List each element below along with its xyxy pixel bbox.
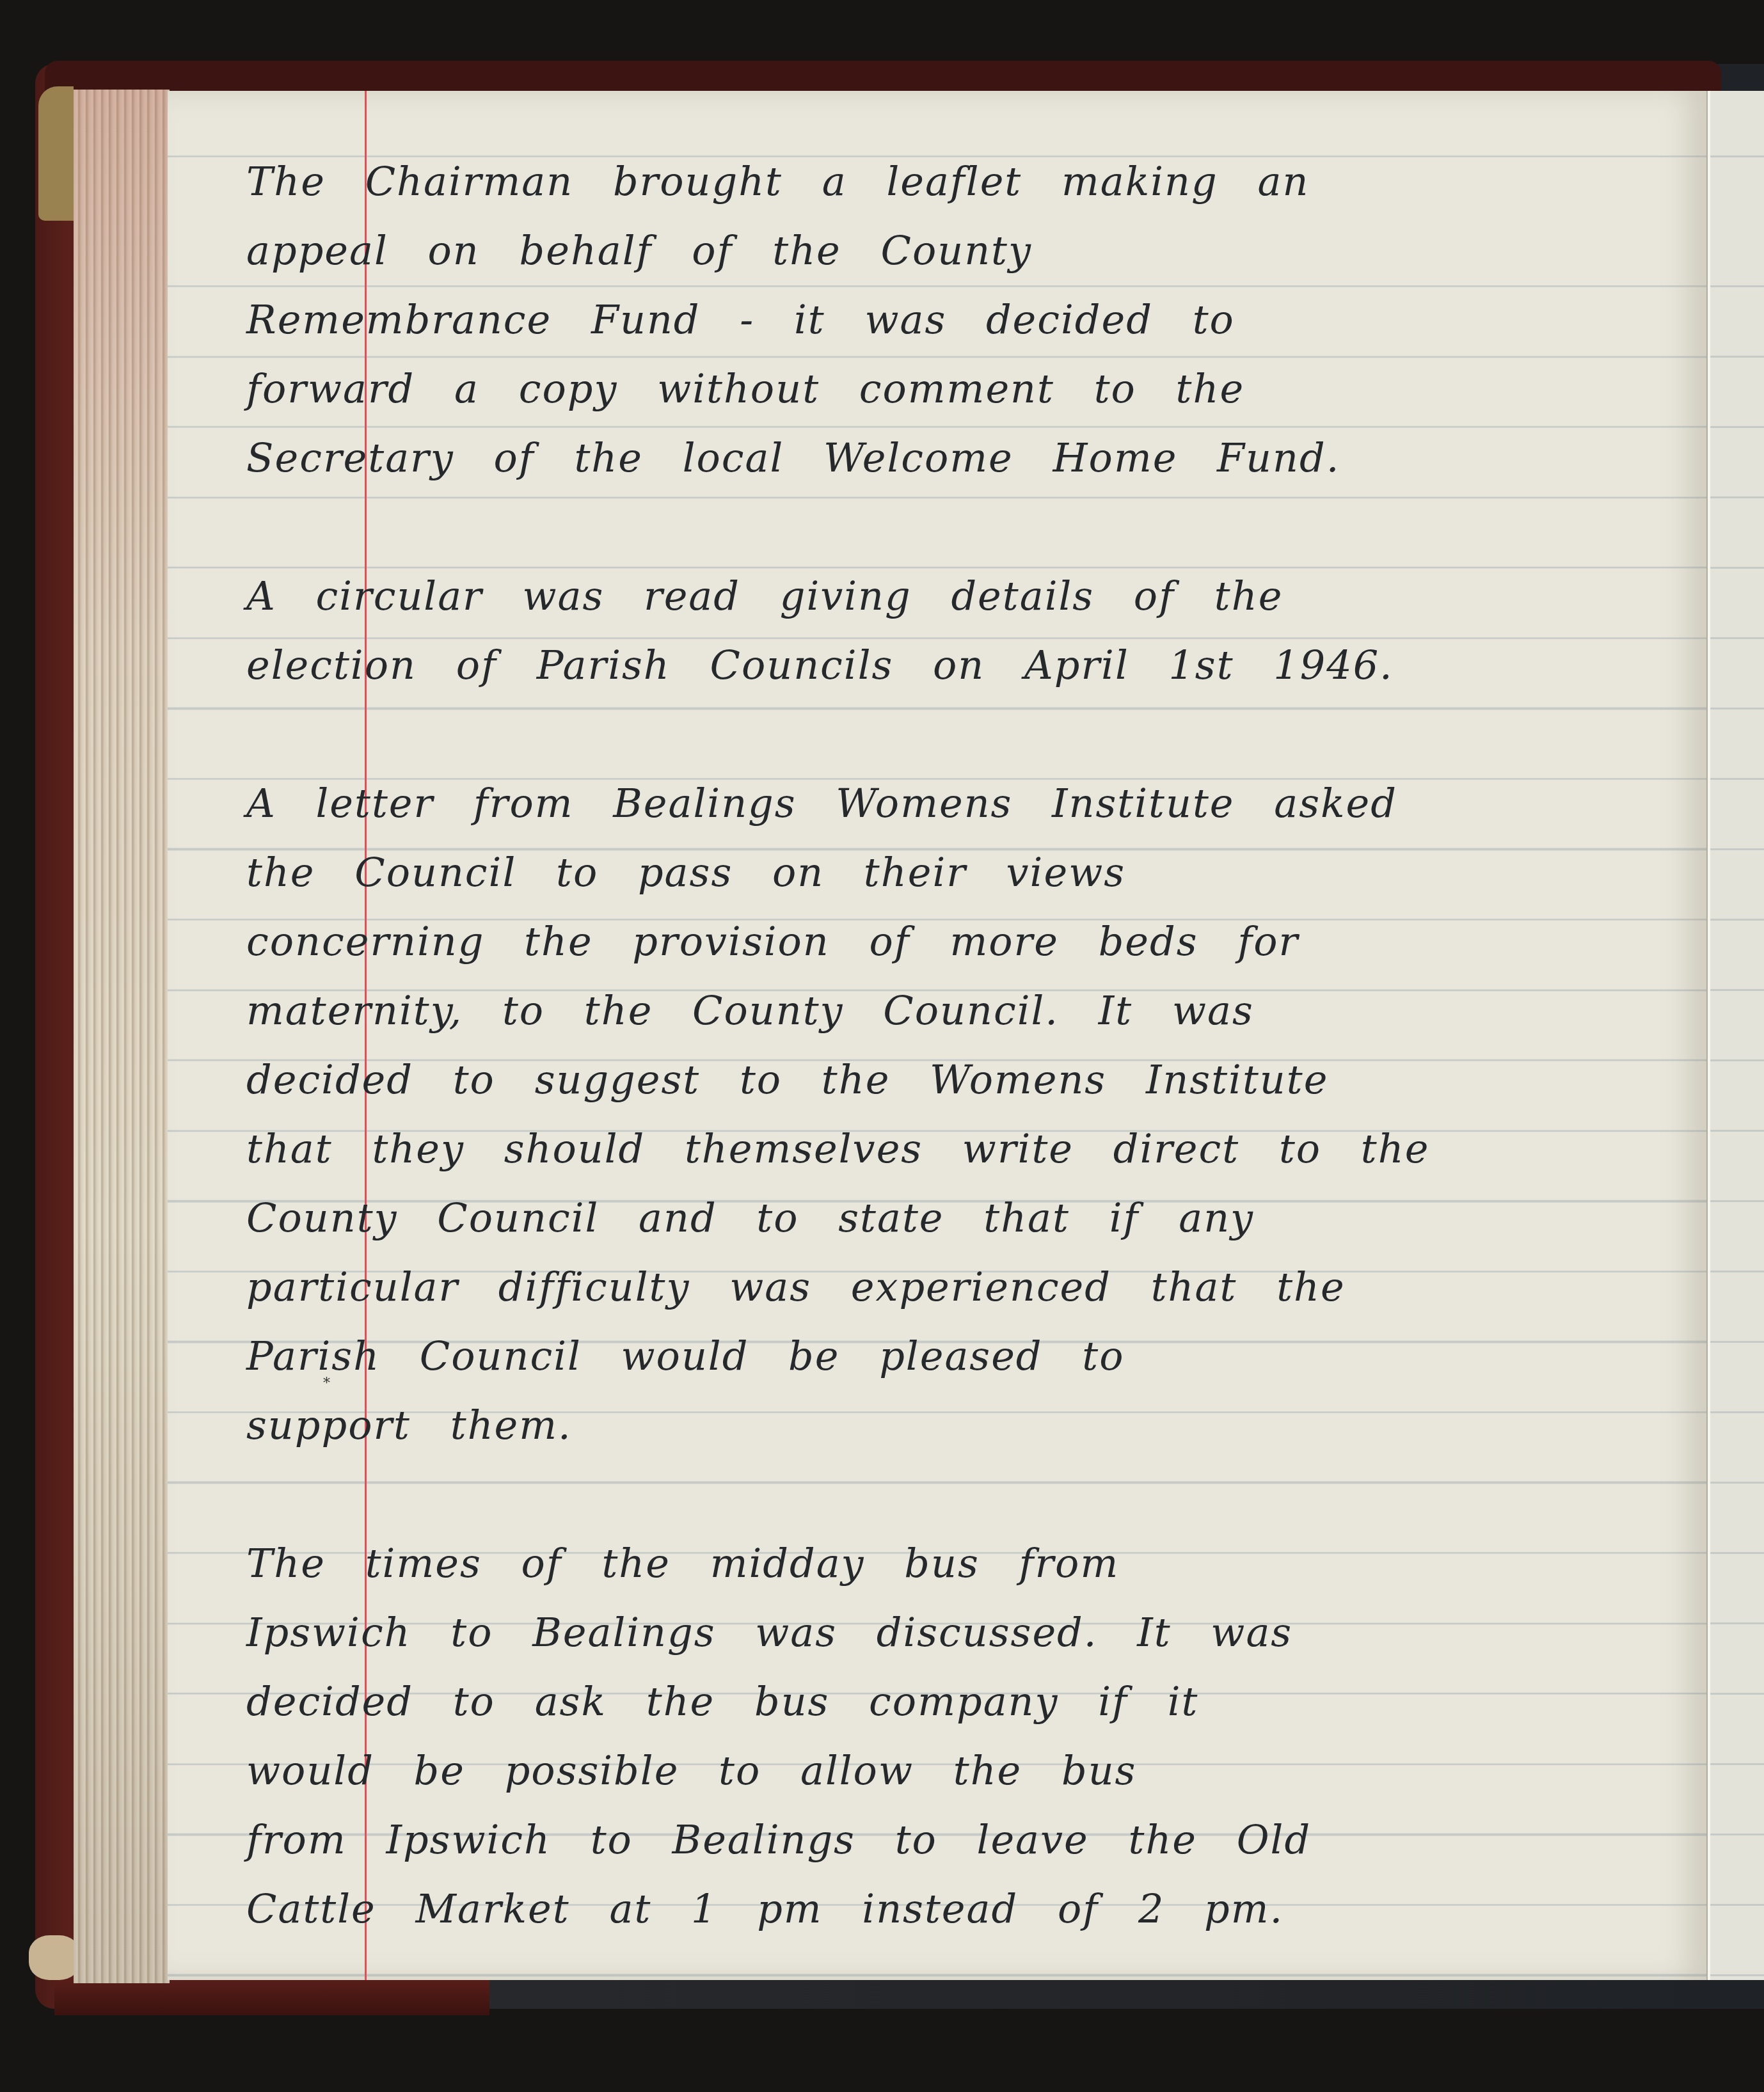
text-line: decided to suggest to the Womens Institu… [246, 1045, 1526, 1114]
paragraph-bus-times: The times of the midday bus from Ipswich… [246, 1529, 1526, 1944]
text-line: Secretary of the local Welcome Home Fund… [246, 424, 1526, 493]
text-line: election of Parish Councils on April 1st… [246, 631, 1526, 700]
text-line: Ipswich to Bealings was discussed. It wa… [246, 1598, 1526, 1667]
text-line: The Chairman brought a leaflet making an [246, 147, 1526, 216]
text-line: that they should themselves write direct… [246, 1114, 1526, 1184]
text-line: Cattle Market at 1 pm instead of 2 pm. [246, 1874, 1526, 1944]
text-line: support them. [246, 1391, 1526, 1460]
page-block-edges [74, 90, 170, 1983]
paragraph-remembrance-fund: The Chairman brought a leaflet making an… [246, 147, 1526, 493]
facing-page-edge [1710, 91, 1764, 1980]
paragraph-womens-institute: A letter from Bealings Womens Institute … [246, 769, 1526, 1460]
text-line: concerning the provision of more beds fo… [246, 907, 1526, 976]
text-line: The times of the midday bus from [246, 1529, 1526, 1598]
worn-corner-top [38, 86, 74, 221]
text-line: A letter from Bealings Womens Institute … [246, 769, 1526, 838]
text-line: Remembrance Fund - it was decided to [246, 285, 1526, 354]
minutes-text: The Chairman brought a leaflet making an… [246, 147, 1526, 2013]
text-line: maternity, to the County Council. It was [246, 976, 1526, 1045]
text-line: would be possible to allow the bus [246, 1736, 1526, 1805]
text-line: forward a copy without comment to the [246, 354, 1526, 424]
text-line: decided to ask the bus company if it [246, 1667, 1526, 1736]
worn-corner-bottom [29, 1935, 80, 1980]
text-line: A circular was read giving details of th… [246, 562, 1526, 631]
text-line: Parish Council would be pleased to [246, 1322, 1526, 1391]
book-cover-top-edge [45, 61, 1721, 93]
text-line: County Council and to state that if any [246, 1184, 1526, 1253]
text-line: from Ipswich to Bealings to leave the Ol… [246, 1805, 1526, 1874]
text-line: particular difficulty was experienced th… [246, 1253, 1526, 1322]
text-line: the Council to pass on their views [246, 838, 1526, 907]
paragraph-election-circular: A circular was read giving details of th… [246, 562, 1526, 700]
text-line: appeal on behalf of the County [246, 216, 1526, 285]
